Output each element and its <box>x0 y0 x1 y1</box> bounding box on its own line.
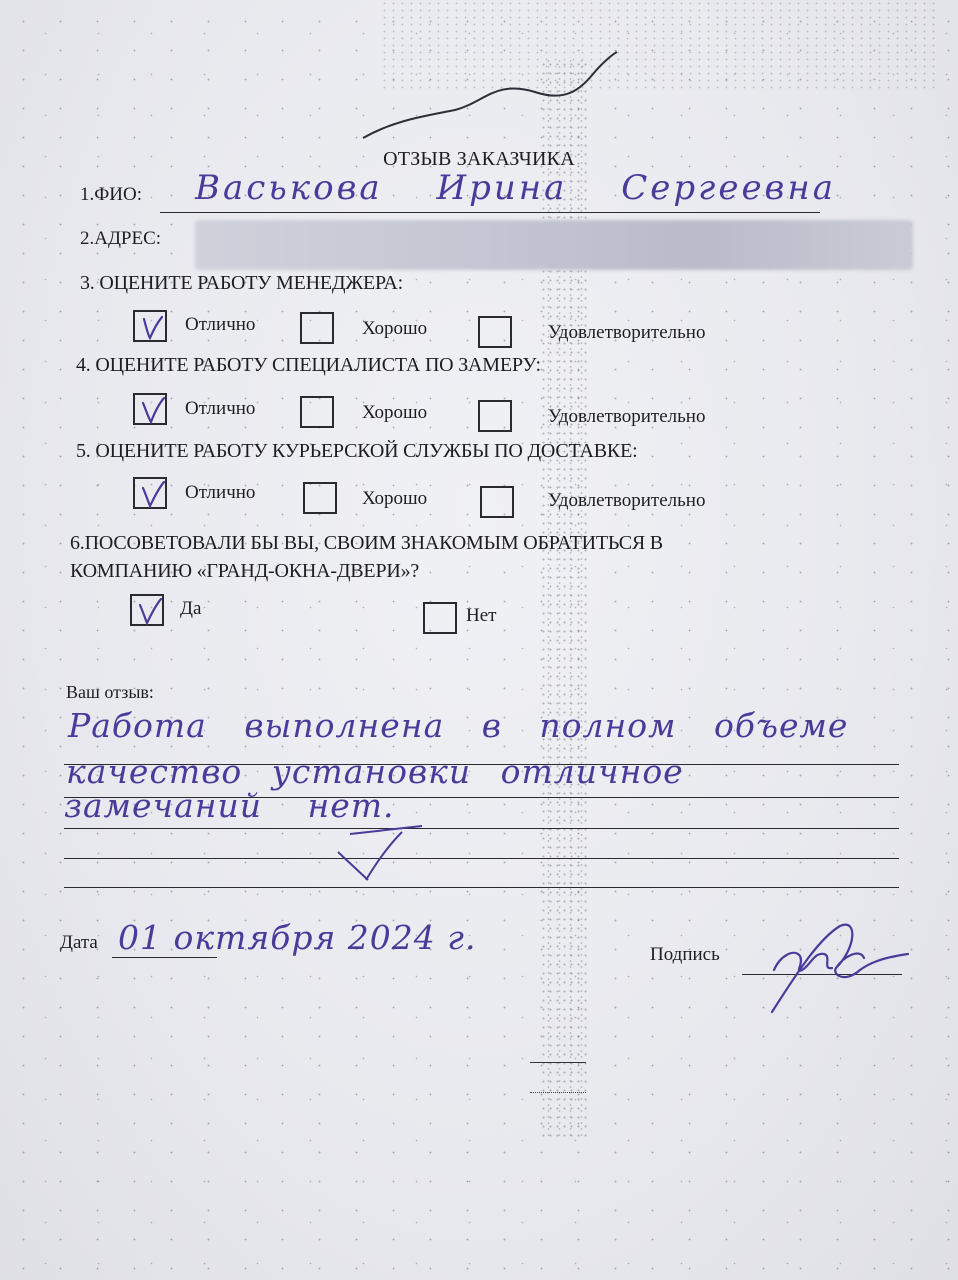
signature-label: Подпись <box>650 944 720 966</box>
date-underline <box>112 957 217 958</box>
signature-mark <box>740 908 910 1018</box>
q3-satisfactory-label: Удовлетворительно <box>548 322 705 344</box>
fio-value[interactable]: Васькова Ирина Сергеевна <box>195 168 836 208</box>
address-redacted <box>195 220 913 270</box>
scan-artifact-line <box>530 1062 586 1063</box>
q5-good-label: Хорошо <box>362 488 427 510</box>
q6-yes-checkbox[interactable] <box>130 594 164 626</box>
q4-good-label: Хорошо <box>362 402 427 424</box>
q5-good-checkbox[interactable] <box>303 482 337 514</box>
q6-yes-label: Да <box>180 598 201 620</box>
review-text-line-3[interactable]: замечаний нет. <box>64 786 395 825</box>
q5-satisfactory-checkbox[interactable] <box>480 486 514 518</box>
checkmark-icon <box>138 396 166 424</box>
q5-satisfactory-label: Удовлетворительно <box>548 490 705 512</box>
question-6-label-line1: 6.ПОСОВЕТОВАЛИ БЫ ВЫ, СВОИМ ЗНАКОМЫМ ОБР… <box>70 532 663 555</box>
q4-excellent-label: Отлично <box>185 398 255 420</box>
question-6-label-line2: КОМПАНИЮ «ГРАНД-ОКНА-ДВЕРИ»? <box>70 560 419 583</box>
q5-excellent-checkbox[interactable] <box>133 477 167 509</box>
date-label: Дата <box>60 932 98 954</box>
review-line-3 <box>64 828 899 829</box>
q4-good-checkbox[interactable] <box>300 396 334 428</box>
q4-satisfactory-label: Удовлетворительно <box>548 406 705 428</box>
q5-excellent-label: Отлично <box>185 482 255 504</box>
scan-artifact-line <box>530 1092 586 1093</box>
closing-strike-mark <box>330 822 440 884</box>
q3-good-checkbox[interactable] <box>300 312 334 344</box>
checkmark-icon <box>135 597 163 625</box>
fio-label: 1.ФИО: <box>80 184 142 206</box>
q3-satisfactory-checkbox[interactable] <box>478 316 512 348</box>
q4-excellent-checkbox[interactable] <box>133 393 167 425</box>
review-label: Ваш отзыв: <box>66 682 154 703</box>
review-line-4 <box>64 858 899 859</box>
q3-excellent-label: Отлично <box>185 314 255 336</box>
question-4-label: 4. ОЦЕНИТЕ РАБОТУ СПЕЦИАЛИСТА ПО ЗАМЕРУ: <box>76 354 541 377</box>
q3-excellent-checkbox[interactable] <box>133 310 167 342</box>
checkmark-icon <box>138 480 166 508</box>
q6-no-checkbox[interactable] <box>423 602 457 634</box>
pen-scribble <box>355 50 635 150</box>
question-5-label: 5. ОЦЕНИТЕ РАБОТУ КУРЬЕРСКОЙ СЛУЖБЫ ПО Д… <box>76 440 637 463</box>
q4-satisfactory-checkbox[interactable] <box>478 400 512 432</box>
review-line-5 <box>64 887 899 888</box>
address-label: 2.АДРЕС: <box>80 228 161 250</box>
q6-no-label: Нет <box>466 605 496 627</box>
date-value[interactable]: 01 октября 2024 г. <box>118 918 476 957</box>
review-text-line-1[interactable]: Работа выполнена в полном объеме <box>68 706 848 745</box>
q3-good-label: Хорошо <box>362 318 427 340</box>
checkmark-icon <box>138 313 166 341</box>
fio-underline <box>160 212 820 213</box>
question-3-label: 3. ОЦЕНИТЕ РАБОТУ МЕНЕДЖЕРА: <box>80 272 403 295</box>
